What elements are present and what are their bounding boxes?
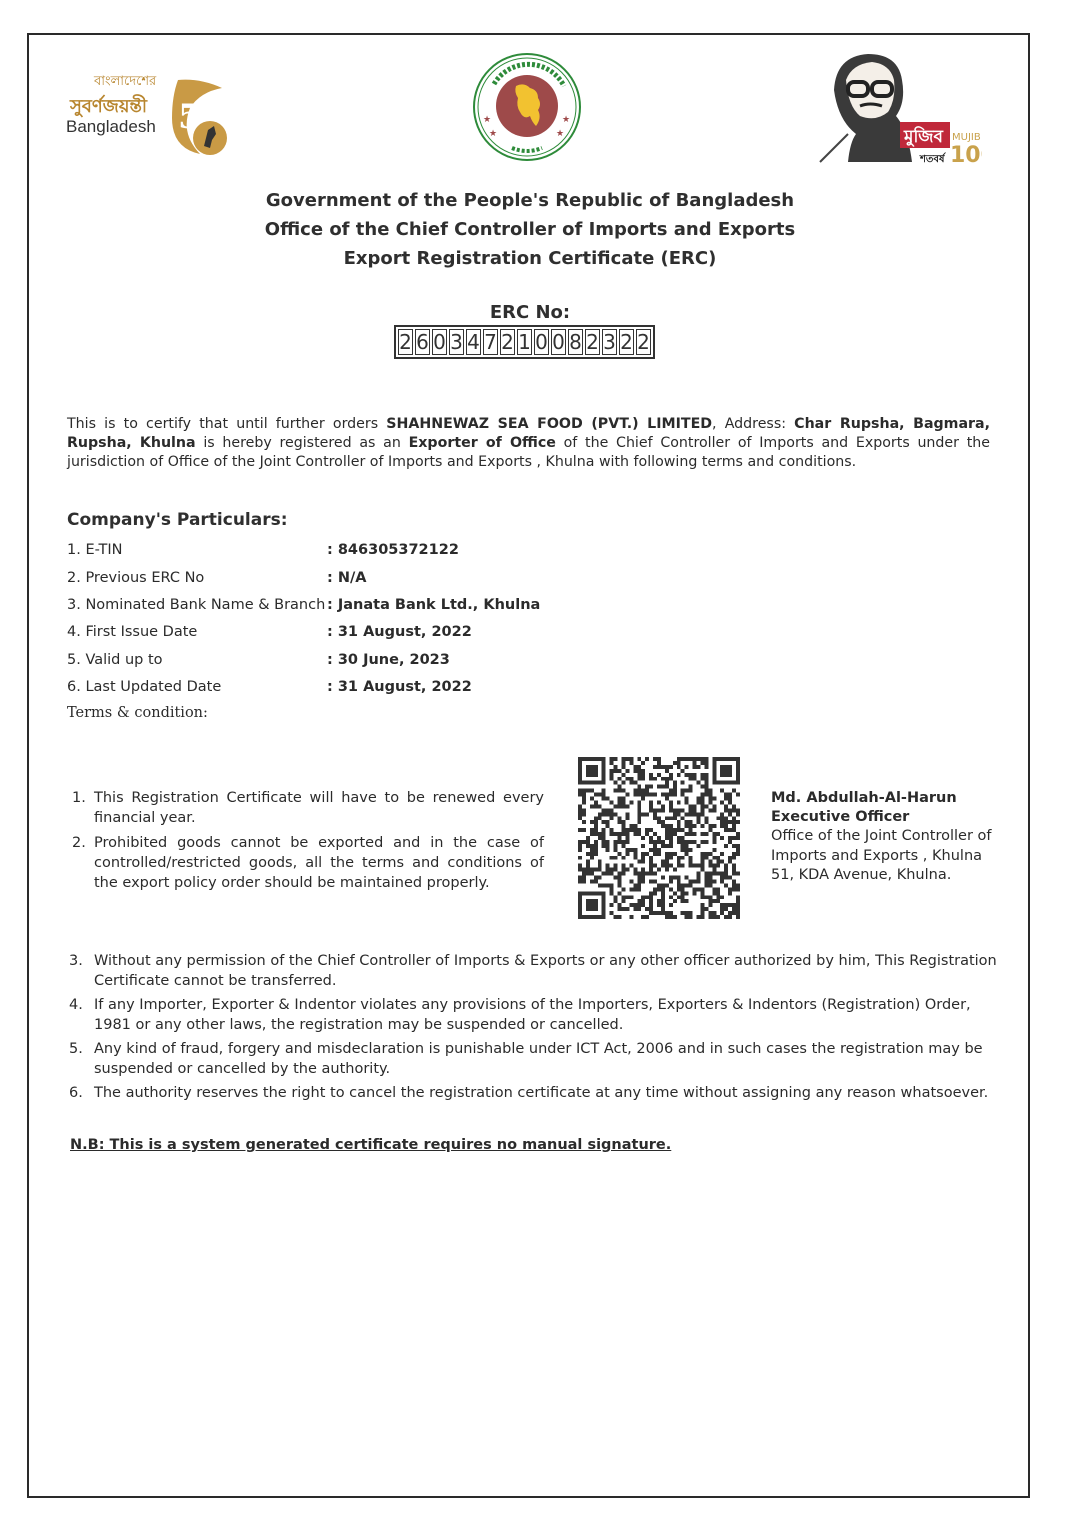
erc-digit: 3 bbox=[602, 329, 617, 355]
officer-office-line1: Office of the Joint Controller of bbox=[771, 827, 1011, 846]
erc-digit: 2 bbox=[619, 329, 634, 355]
certificate-header: Government of the People's Republic of B… bbox=[0, 186, 1060, 273]
mujib-100-logo-icon: মুজিব শতবর্ষ MUJIB 100 bbox=[812, 50, 982, 170]
erc-digit: 2 bbox=[500, 329, 515, 355]
erc-digit: 8 bbox=[568, 329, 583, 355]
svg-text:MUJIB: MUJIB bbox=[952, 132, 981, 143]
erc-digit: 6 bbox=[415, 329, 430, 355]
header-certificate-title: Export Registration Certificate (ERC) bbox=[0, 244, 1060, 273]
term-item: 5.Any kind of fraud, forgery and misdecl… bbox=[69, 1039, 999, 1079]
officer-address: 51, KDA Avenue, Khulna. bbox=[771, 866, 1011, 885]
erc-digit: 0 bbox=[534, 329, 549, 355]
terms-list-top: 1.This Registration Certificate will hav… bbox=[72, 788, 544, 898]
erc-digit: 2 bbox=[585, 329, 600, 355]
svg-text:শতবর্ষ: শতবর্ষ bbox=[919, 152, 947, 165]
golden-jubilee-logo: বাংলাদেশের সুবর্ণজয়ন্তী Bangladesh 5 bbox=[66, 70, 256, 160]
issuing-officer: Md. Abdullah-Al-Harun Executive Officer … bbox=[771, 789, 1011, 885]
erc-digit: 3 bbox=[449, 329, 464, 355]
term-item: 2.Prohibited goods cannot be exported an… bbox=[72, 833, 544, 893]
svg-text:100: 100 bbox=[950, 143, 982, 168]
term-item: 4.If any Importer, Exporter & Indentor v… bbox=[69, 995, 999, 1035]
officer-name: Md. Abdullah-Al-Harun bbox=[771, 789, 1011, 808]
fifty-emblem-icon: 5 bbox=[170, 78, 228, 156]
logo-english-text: Bangladesh bbox=[66, 117, 156, 137]
registration-type: Exporter of Office bbox=[409, 435, 556, 451]
header-government: Government of the People's Republic of B… bbox=[0, 186, 1060, 215]
government-seal-icon: ★ ★ ★ ★ bbox=[472, 52, 582, 162]
qr-code-icon bbox=[578, 757, 740, 919]
header-office: Office of the Chief Controller of Import… bbox=[0, 215, 1060, 244]
erc-digit: 2 bbox=[636, 329, 651, 355]
term-item: 6.The authority reserves the right to ca… bbox=[69, 1083, 999, 1103]
term-item: 3.Without any permission of the Chief Co… bbox=[69, 951, 999, 991]
certification-paragraph: This is to certify that until further or… bbox=[67, 415, 990, 472]
svg-text:★: ★ bbox=[556, 129, 564, 139]
term-item: 1.This Registration Certificate will hav… bbox=[72, 788, 544, 828]
officer-office-line2: Imports and Exports , Khulna bbox=[771, 847, 1011, 866]
erc-digit: 2 bbox=[398, 329, 413, 355]
company-name: SHAHNEWAZ SEA FOOD (PVT.) LIMITED bbox=[386, 416, 712, 432]
erc-digit: 0 bbox=[551, 329, 566, 355]
svg-text:★: ★ bbox=[562, 115, 570, 125]
system-generated-note: N.B: This is a system generated certific… bbox=[70, 1137, 671, 1153]
terms-list-bottom: 3.Without any permission of the Chief Co… bbox=[69, 951, 999, 1107]
svg-text:★: ★ bbox=[489, 129, 497, 139]
erc-number-box: 260347210082322 bbox=[394, 325, 655, 359]
officer-designation: Executive Officer bbox=[771, 808, 1011, 827]
logo-bangla-line1: বাংলাদেশের bbox=[94, 72, 156, 93]
erc-label: ERC No: bbox=[0, 302, 1060, 323]
erc-digit: 7 bbox=[483, 329, 498, 355]
erc-digit: 0 bbox=[432, 329, 447, 355]
svg-text:মুজিব: মুজিব bbox=[903, 125, 945, 147]
terms-title: Terms & condition: bbox=[67, 705, 208, 721]
svg-text:★: ★ bbox=[483, 115, 491, 125]
erc-digit: 4 bbox=[466, 329, 481, 355]
particulars-title: Company's Particulars: bbox=[67, 510, 288, 530]
erc-digit: 1 bbox=[517, 329, 532, 355]
